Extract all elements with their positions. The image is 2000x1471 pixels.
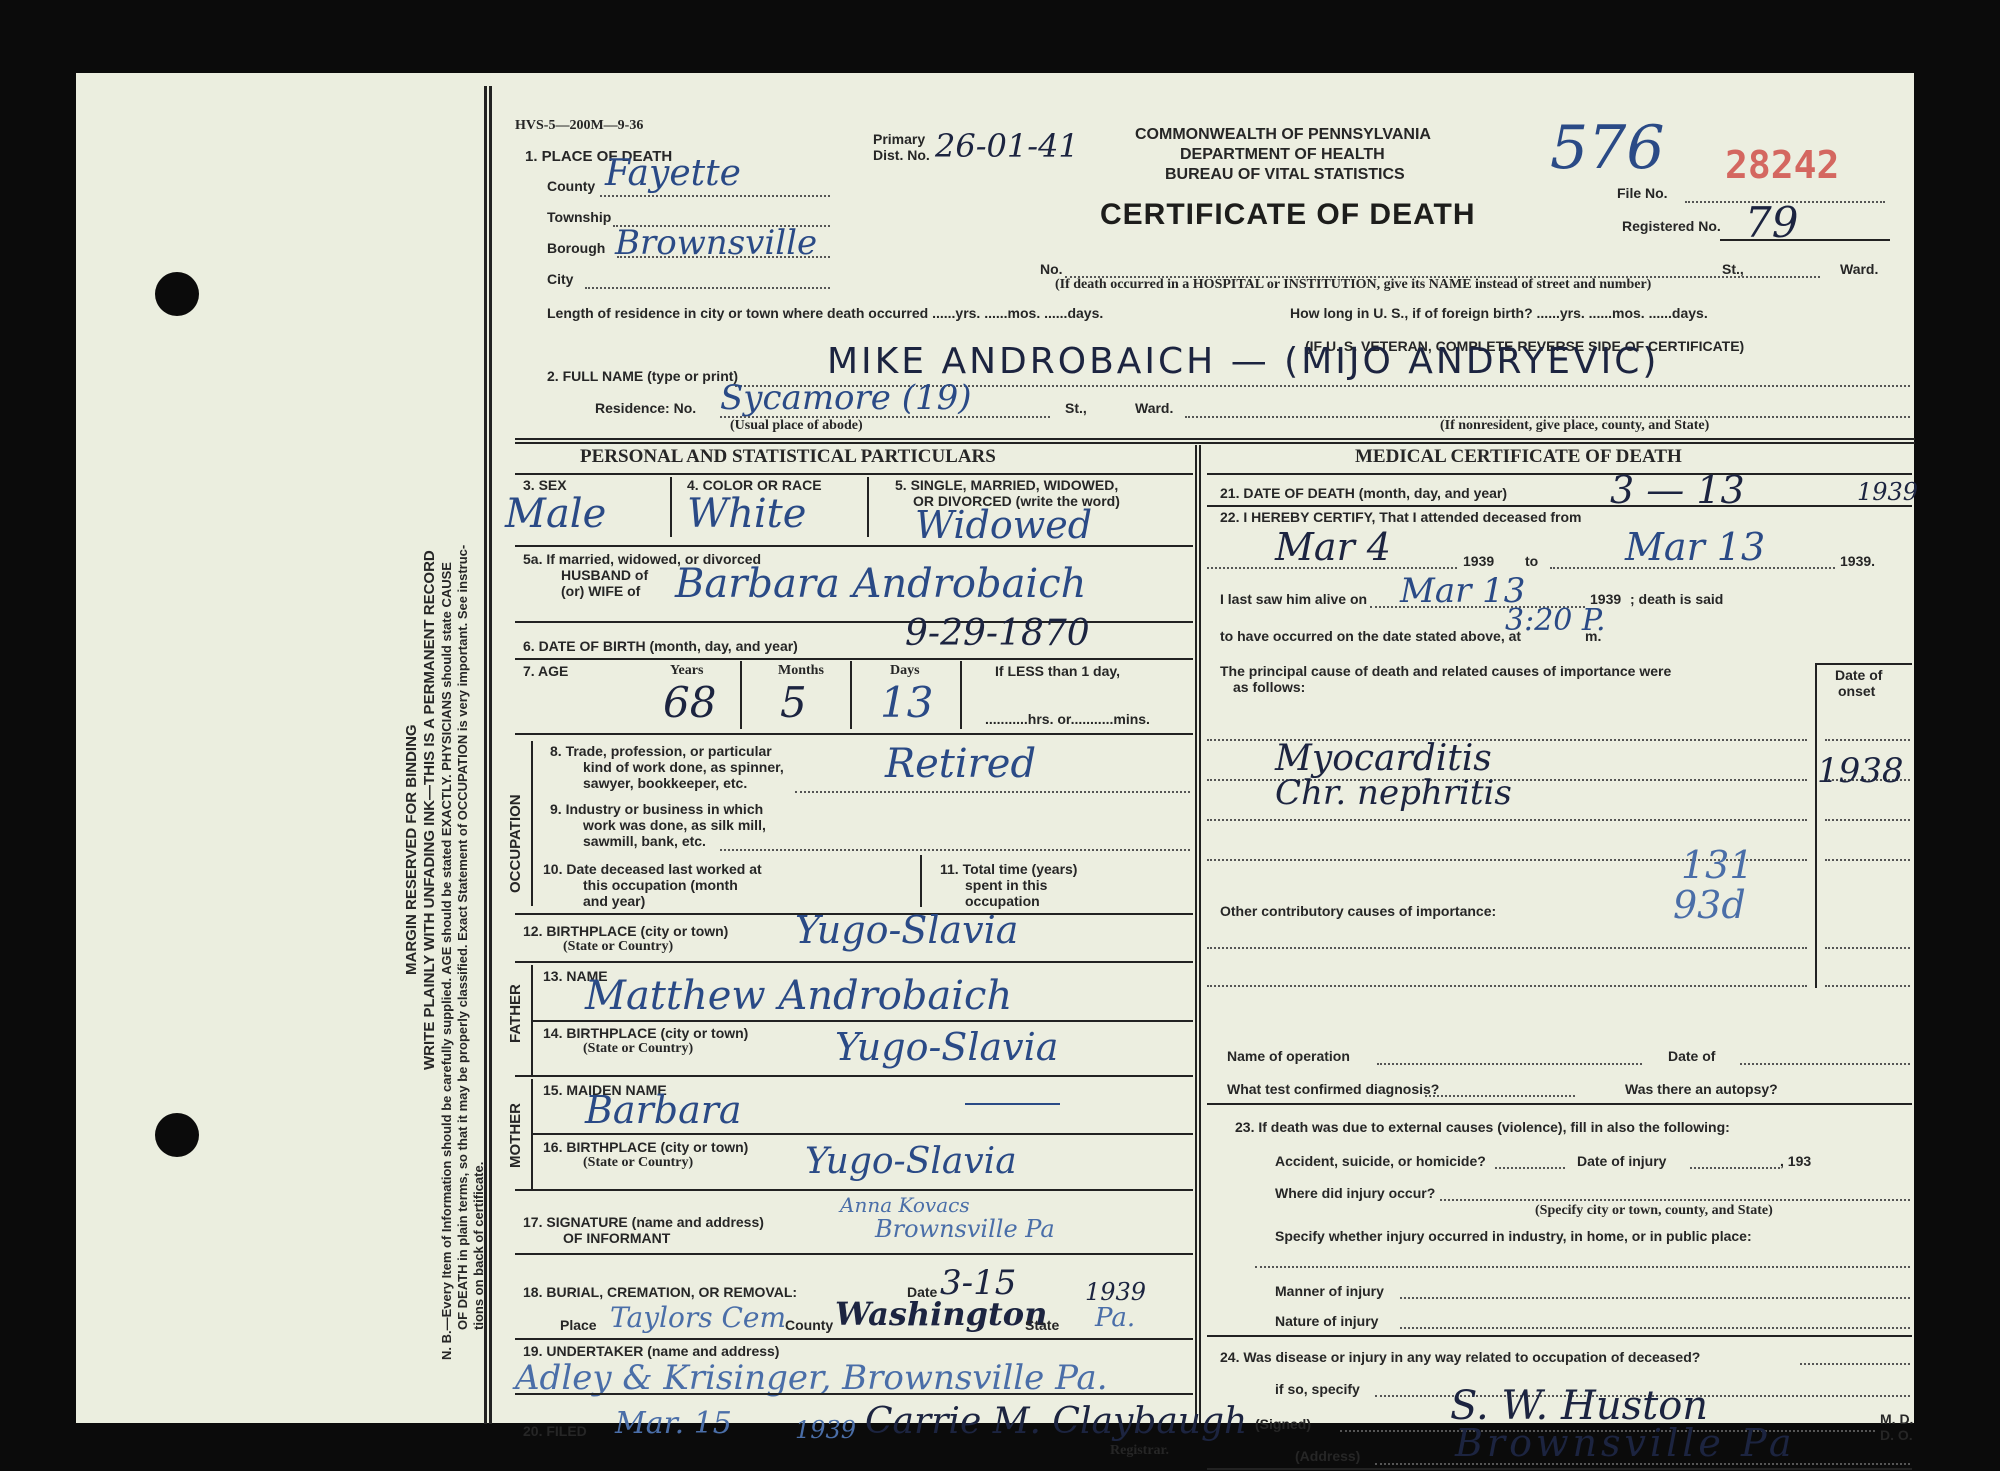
street-label: St., (1722, 261, 1744, 277)
years-label: Years (670, 663, 703, 679)
attended-to: Mar 13 (1625, 525, 1765, 569)
nonresident-note: (If nonresident, give place, county, and… (1440, 418, 1709, 434)
filed-label: 20. FILED (523, 1423, 587, 1439)
org-line-2: DEPARTMENT OF HEALTH (1180, 146, 1385, 164)
margin-line-3: tions on back of certificate. (471, 1162, 486, 1330)
residence-value: Sycamore (19) (720, 378, 972, 418)
county-value: Fayette (605, 153, 741, 194)
hrs-mins-label: ...........hrs. or...........mins. (985, 711, 1150, 727)
onset-label-1: Date of (1835, 667, 1882, 683)
informant-address: Brownsville Pa (875, 1215, 1055, 1243)
occurred-label: to have occurred on the date stated abov… (1220, 628, 1521, 644)
total-time-label-3: occupation (965, 893, 1040, 909)
burial-label: 18. BURIAL, CREMATION, OR REMOVAL: (523, 1284, 797, 1300)
last-worked-label-2: this occupation (month (583, 877, 738, 893)
informant-label-1: 17. SIGNATURE (name and address) (523, 1214, 764, 1230)
primary-label: Primary (873, 131, 925, 147)
file-stamp: 28242 (1725, 143, 1839, 187)
mother-name-value: Barbara (585, 1088, 742, 1132)
burial-state-value: Pa. (1095, 1303, 1135, 1333)
spouse-value: Barbara Androbaich (675, 561, 1086, 607)
specify-industry-label: Specify whether injury occurred in indus… (1275, 1228, 1752, 1244)
marital-value: Widowed (915, 503, 1092, 547)
cause-label-2: as follows: (1233, 679, 1305, 695)
certificate-title: CERTIFICATE OF DEATH (1100, 198, 1476, 232)
father-birthplace-label-2: (State or Country) (583, 1041, 693, 1057)
us-length-label: How long in U. S., if of foreign birth? … (1290, 305, 1708, 321)
informant-name: Anna Kovacs (840, 1193, 970, 1217)
external-causes-label: 23. If death was due to external causes … (1235, 1119, 1730, 1135)
industry-label-2: work was done, as silk mill, (583, 817, 766, 833)
burial-county-label: County (785, 1317, 833, 1333)
occupation-related-label: 24. Was disease or injury in any way rel… (1220, 1349, 1700, 1365)
cause-2: Chr. nephritis (1275, 773, 1512, 813)
onset-label-2: onset (1838, 683, 1875, 699)
undertaker-label: 19. UNDERTAKER (name and address) (523, 1343, 779, 1359)
full-name-label: 2. FULL NAME (type or print) (547, 368, 738, 384)
cause-label-1: The principal cause of death and related… (1220, 663, 1671, 679)
ward-label: Ward. (1840, 261, 1878, 277)
age-years: 68 (663, 678, 716, 727)
file-no-label: File No. (1617, 185, 1668, 201)
certificate-form: HVS-5—200M—9-36 Primary Dist. No. 26-01-… (495, 73, 1914, 1423)
attended-from-year: 1939 (1463, 553, 1494, 569)
handwritten-number: 576 (1550, 113, 1665, 183)
specify-place-note: (Specify city or town, county, and State… (1535, 1203, 1773, 1219)
father-birthplace-label-1: 14. BIRTHPLACE (city or town) (543, 1025, 748, 1041)
city-label: City (547, 271, 573, 287)
operation-label: Name of operation (1227, 1048, 1350, 1064)
dod-year: 1939 (1857, 478, 1918, 506)
mother-birthplace-label-1: 16. BIRTHPLACE (city or town) (543, 1139, 748, 1155)
father-name-value: Matthew Androbaich (585, 973, 1012, 1019)
burial-county-value: Washington (835, 1295, 1047, 1333)
birthplace-label-2: (State or Country) (563, 939, 673, 955)
dist-label: Dist. No. (873, 147, 930, 163)
margin-line-2: OF DEATH in plain terms, so that it may … (455, 545, 470, 1330)
where-injury-label: Where did injury occur? (1275, 1185, 1435, 1201)
medical-section-title: MEDICAL CERTIFICATE OF DEATH (1355, 446, 1682, 468)
age-months: 5 (780, 678, 807, 727)
age-label: 7. AGE (523, 663, 568, 679)
less-than-day-label: If LESS than 1 day, (995, 663, 1120, 679)
accident-label: Accident, suicide, or homicide? (1275, 1153, 1486, 1169)
certify-label: 22. I HEREBY CERTIFY, That I attended de… (1220, 509, 1582, 525)
if-so-label: if so, specify (1275, 1381, 1360, 1397)
total-time-label-2: spent in this (965, 877, 1047, 893)
father-side-label: FATHER (507, 984, 524, 1043)
spouse-label-2: HUSBAND of (561, 567, 648, 583)
dod-label: 21. DATE OF DEATH (month, day, and year) (1220, 485, 1507, 501)
industry-label-3: sawmill, bank, etc. (583, 833, 706, 849)
borough-label: Borough (547, 240, 605, 256)
margin-line-1: N. B.—Every Item of Information should b… (439, 562, 454, 1360)
occupation-side-label: OCCUPATION (507, 794, 524, 893)
sex-value: Male (505, 491, 606, 537)
attended-from: Mar 4 (1275, 525, 1391, 569)
burial-year: 1939 (1085, 1278, 1146, 1306)
burial-place-value: Taylors Cem (610, 1301, 786, 1334)
punch-hole-icon (155, 272, 199, 316)
diagnosis-test-label: What test confirmed diagnosis? (1227, 1081, 1439, 1097)
father-birthplace-value: Yugo-Slavia (835, 1025, 1058, 1069)
trade-value: Retired (885, 741, 1036, 787)
personal-section-title: PERSONAL AND STATISTICAL PARTICULARS (580, 446, 996, 468)
address-label: (Address) (1295, 1448, 1360, 1464)
operation-date-label: Date of (1668, 1048, 1715, 1064)
other-causes-label: Other contributory causes of importance: (1220, 903, 1496, 919)
residence-st-label: St., (1065, 400, 1087, 416)
org-line-1: COMMONWEALTH OF PENNSYLVANIA (1135, 126, 1431, 144)
mother-side-label: MOTHER (507, 1103, 524, 1168)
mother-birthplace-value: Yugo-Slavia (805, 1141, 1017, 1182)
signed-label: (Signed) (1255, 1416, 1311, 1432)
age-days: 13 (880, 678, 933, 727)
street-no-label: No. (1040, 261, 1063, 277)
informant-label-2: OF INFORMANT (563, 1230, 670, 1246)
margin-line-0: WRITE PLAINLY WITH UNFADING INK—THIS IS … (421, 550, 438, 1070)
abode-note: (Usual place of abode) (730, 418, 863, 434)
hospital-note: (If death occurred in a HOSPITAL or INST… (1055, 277, 1651, 293)
full-name-value: MIKE ANDROBAICH — (MIJO ANDRYEVIC) (827, 341, 1659, 382)
birthplace-value: Yugo-Slavia (795, 908, 1018, 952)
trade-label-2: kind of work done, as spinner, (583, 759, 784, 775)
trade-label-3: sawyer, bookkeeper, etc. (583, 775, 747, 791)
burial-place-label: Place (560, 1317, 597, 1333)
burial-state-label: State (1025, 1317, 1059, 1333)
dob-label: 6. DATE OF BIRTH (month, day, and year) (523, 638, 798, 654)
trade-label-1: 8. Trade, profession, or particular (550, 743, 772, 759)
dob-value: 9-29-1870 (905, 613, 1090, 654)
md-label: M. D. (1880, 1411, 1913, 1427)
time-suffix: m. (1585, 628, 1601, 644)
injury-date-label: Date of injury (1577, 1153, 1666, 1169)
org-line-3: BUREAU OF VITAL STATISTICS (1165, 166, 1405, 184)
last-worked-label-3: and year) (583, 893, 645, 909)
classification-code-2: 93d (1673, 883, 1746, 927)
undertaker-value: Adley & Krisinger, Brownsville Pa. (515, 1358, 1108, 1398)
dist-number: 26-01-41 (935, 127, 1079, 165)
last-worked-label-1: 10. Date deceased last worked at (543, 861, 762, 877)
classification-code-1: 131 (1681, 843, 1754, 887)
autopsy-label: Was there an autopsy? (1625, 1081, 1778, 1097)
to-label: to (1525, 553, 1538, 569)
onset-1: 1938 (1817, 751, 1904, 791)
physician-address: Brownsville Pa (1455, 1421, 1795, 1465)
total-time-label-1: 11. Total time (years) (940, 861, 1077, 877)
residence-length-label: Length of residence in city or town wher… (547, 305, 1103, 321)
punch-hole-icon (155, 1113, 199, 1157)
registrar-label: Registrar. (1110, 1443, 1169, 1459)
months-label: Months (778, 663, 824, 679)
spouse-label-3: (or) WIFE of (561, 583, 640, 599)
mother-birthplace-label-2: (State or Country) (583, 1155, 693, 1171)
margin-header: MARGIN RESERVED FOR BINDING (403, 724, 420, 975)
death-said-label: ; death is said (1630, 591, 1723, 607)
race-value: White (687, 491, 806, 537)
county-label: County (547, 178, 595, 194)
manner-injury-label: Manner of injury (1275, 1283, 1384, 1299)
attended-to-year: 1939. (1840, 553, 1875, 569)
registered-no-label: Registered No. (1622, 218, 1721, 234)
industry-label-1: 9. Industry or business in which (550, 801, 763, 817)
filed-year: 1939 (795, 1416, 856, 1444)
residence-ward-label: Ward. (1135, 400, 1173, 416)
registrar-signature: Carrie M. Claybaugh (865, 1401, 1247, 1442)
birthplace-label-1: 12. BIRTHPLACE (city or town) (523, 923, 728, 939)
form-code: HVS-5—200M—9-36 (515, 118, 643, 134)
marital-label-1: 5. SINGLE, MARRIED, WIDOWED, (895, 477, 1118, 493)
residence-label: Residence: No. (595, 400, 696, 416)
nature-injury-label: Nature of injury (1275, 1313, 1378, 1329)
do-label: D. O. (1880, 1427, 1913, 1443)
days-label: Days (890, 663, 920, 679)
injury-year-label: , 193 (1780, 1153, 1811, 1169)
filed-date: Mar. 15 (615, 1406, 732, 1441)
last-saw-label: I last saw him alive on (1220, 591, 1367, 607)
township-label: Township (547, 209, 611, 225)
